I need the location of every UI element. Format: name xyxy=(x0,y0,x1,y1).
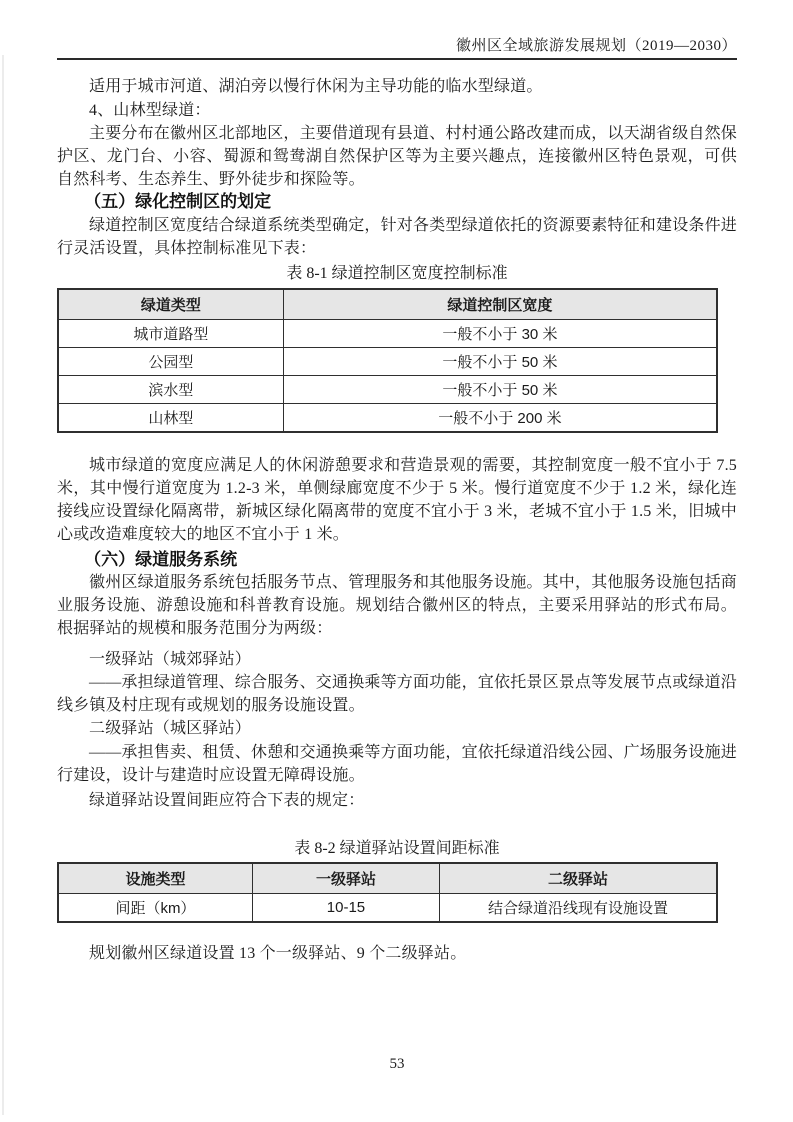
table-cell: 滨水型 xyxy=(58,376,283,404)
header-rule xyxy=(57,58,737,60)
document-page: 徽州区全域旅游发展规划（2019—2030） 适用于城市河道、湖泊旁以慢行休闲为… xyxy=(0,0,793,1122)
paragraph-control-zone-intro: 绿道控制区宽度结合绿道系统类型确定，针对各类型绿道依托的资源要素特征和建设条件进… xyxy=(57,214,737,260)
table-cell: 山林型 xyxy=(58,404,283,433)
section-heading-6: （六）绿道服务系统 xyxy=(57,548,737,572)
scan-artifact-line xyxy=(2,55,4,1115)
table-header-row: 绿道类型 绿道控制区宽度 xyxy=(58,289,717,320)
table-cell: 10-15 xyxy=(252,894,439,923)
table-header-cell: 设施类型 xyxy=(58,863,252,894)
table-header-cell: 绿道控制区宽度 xyxy=(283,289,717,320)
table-row: 山林型 一般不小于 200 米 xyxy=(58,404,717,433)
table-row: 滨水型 一般不小于 50 米 xyxy=(58,376,717,404)
paragraph-station-level2-desc: ——承担售卖、租赁、休憩和交通换乘等方面功能，宜依托绿道沿线公园、广场服务设施进… xyxy=(57,741,737,787)
table-cell: 一般不小于 30 米 xyxy=(283,320,717,348)
table-8-2: 设施类型 一级驿站 二级驿站 间距（km） 10-15 结合绿道沿线现有设施设置 xyxy=(57,862,718,923)
table-cell: 一般不小于 50 米 xyxy=(283,376,717,404)
page-number: 53 xyxy=(57,1056,737,1073)
paragraph-service-system-intro: 徽州区绿道服务系统包括服务节点、管理服务和其他服务设施。其中，其他服务设施包括商… xyxy=(57,571,737,640)
table-row: 间距（km） 10-15 结合绿道沿线现有设施设置 xyxy=(58,894,717,923)
table-header-row: 设施类型 一级驿站 二级驿站 xyxy=(58,863,717,894)
paragraph-item4-title: 4、山林型绿道： xyxy=(57,99,737,122)
table-cell: 城市道路型 xyxy=(58,320,283,348)
table-8-2-caption: 表 8-2 绿道驿站设置间距标准 xyxy=(57,837,737,860)
table-cell: 公园型 xyxy=(58,348,283,376)
paragraph-station-level2-title: 二级驿站（城区驿站） xyxy=(57,717,737,740)
table-row: 公园型 一般不小于 50 米 xyxy=(58,348,717,376)
table-cell: 一般不小于 200 米 xyxy=(283,404,717,433)
section-heading-5: （五）绿化控制区的划定 xyxy=(57,190,737,214)
paragraph-mountain-greenway: 主要分布在徽州区北部地区，主要借道现有县道、村村通公路改建而成，以天湖省级自然保… xyxy=(57,122,737,191)
table-row: 城市道路型 一般不小于 30 米 xyxy=(58,320,717,348)
paragraph-spacing-intro: 绿道驿站设置间距应符合下表的规定： xyxy=(57,789,737,812)
paragraph-waterside-greenway: 适用于城市河道、湖泊旁以慢行休闲为主导功能的临水型绿道。 xyxy=(57,75,737,98)
page-header-title: 徽州区全域旅游发展规划（2019—2030） xyxy=(57,36,737,56)
table-header-cell: 一级驿站 xyxy=(252,863,439,894)
table-cell: 结合绿道沿线现有设施设置 xyxy=(440,894,717,923)
table-cell: 间距（km） xyxy=(58,894,252,923)
paragraph-station-level1-title: 一级驿站（城郊驿站） xyxy=(57,648,737,671)
paragraph-city-greenway-width: 城市绿道的宽度应满足人的休闲游憩要求和营造景观的需要，其控制宽度一般不宜小于 7… xyxy=(57,454,737,546)
paragraph-station-level1-desc: ——承担绿道管理、综合服务、交通换乘等方面功能，宜依托景区景点等发展节点或绿道沿… xyxy=(57,671,737,717)
table-header-cell: 二级驿站 xyxy=(440,863,717,894)
table-8-1: 绿道类型 绿道控制区宽度 城市道路型 一般不小于 30 米 公园型 一般不小于 … xyxy=(57,288,718,433)
table-cell: 一般不小于 50 米 xyxy=(283,348,717,376)
table-8-1-caption: 表 8-1 绿道控制区宽度控制标准 xyxy=(57,262,737,285)
paragraph-plan-summary: 规划徽州区绿道设置 13 个一级驿站、9 个二级驿站。 xyxy=(57,942,737,965)
table-header-cell: 绿道类型 xyxy=(58,289,283,320)
